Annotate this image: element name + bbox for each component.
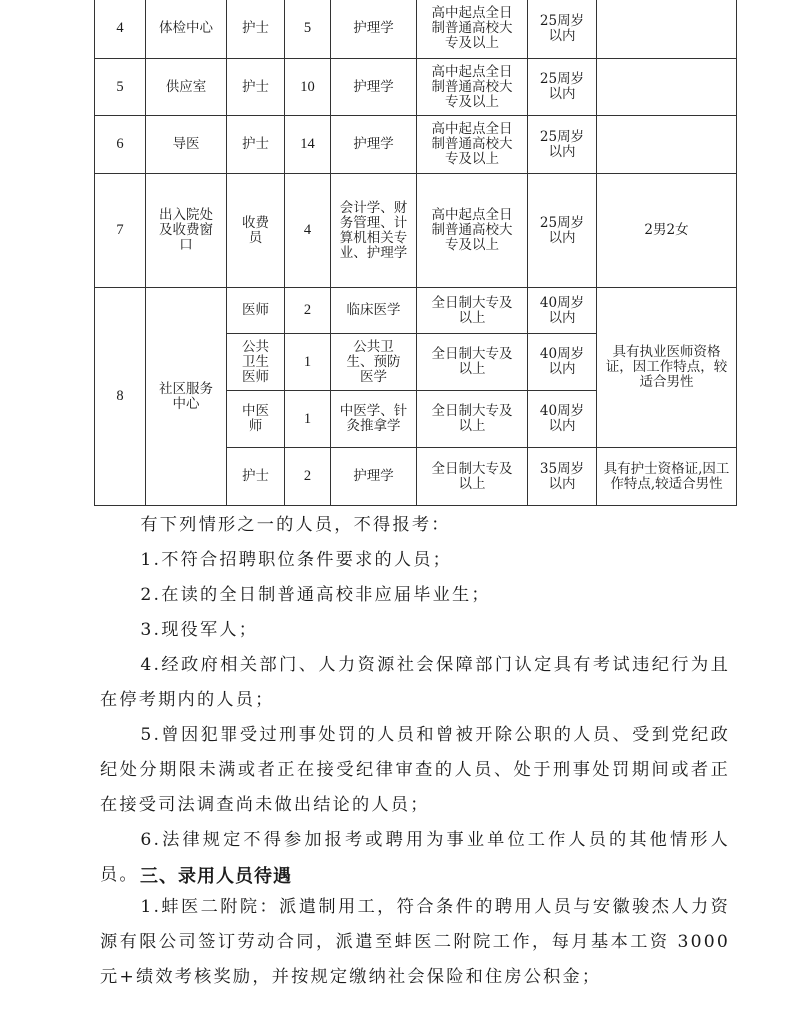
- row-number: 6: [95, 116, 146, 174]
- age-limit: 25周岁以内: [528, 0, 597, 59]
- benefits-section: 1.蚌医二附院：派遣制用工，符合条件的聘用人员与安徽骏杰人力资源有限公司签订劳动…: [100, 890, 730, 995]
- position: 收费员: [227, 174, 285, 288]
- section-heading: 三、录用人员待遇: [140, 862, 292, 888]
- table-row: 7 出入院处及收费窗口 收费员 4 会计学、财务管理、计算机相关专业、护理学 高…: [95, 174, 737, 288]
- table-row: 5 供应室 护士 10 护理学 高中起点全日制普通高校大专及以上 25周岁以内: [95, 59, 737, 116]
- table-row: 4 体检中心 护士 5 护理学 高中起点全日制普通高校大专及以上 25周岁以内: [95, 0, 737, 59]
- remark: [597, 59, 737, 116]
- major: 会计学、财务管理、计算机相关专业、护理学: [331, 174, 417, 288]
- major: 中医学、针灸推拿学: [331, 391, 417, 448]
- position: 公共卫生医师: [227, 334, 285, 391]
- major: 护理学: [331, 116, 417, 174]
- education: 高中起点全日制普通高校大专及以上: [417, 174, 528, 288]
- row-number: 8: [95, 288, 146, 506]
- department: 社区服务中心: [146, 288, 227, 506]
- department: 出入院处及收费窗口: [146, 174, 227, 288]
- department: 供应室: [146, 59, 227, 116]
- table-row: 8 社区服务中心 医师 2 临床医学 全日制大专及以上 40周岁以内 具有执业医…: [95, 288, 737, 334]
- remark: [597, 116, 737, 174]
- remark: 具有护士资格证,因工作特点,较适合男性: [597, 448, 737, 506]
- education: 高中起点全日制普通高校大专及以上: [417, 116, 528, 174]
- position: 护士: [227, 0, 285, 59]
- position: 中医师: [227, 391, 285, 448]
- major: 护理学: [331, 59, 417, 116]
- headcount: 1: [285, 334, 331, 391]
- department: 体检中心: [146, 0, 227, 59]
- restriction-item: 2.在读的全日制普通高校非应届毕业生；: [100, 578, 730, 613]
- headcount: 5: [285, 0, 331, 59]
- recruitment-table: 4 体检中心 护士 5 护理学 高中起点全日制普通高校大专及以上 25周岁以内 …: [94, 0, 737, 506]
- age-limit: 40周岁以内: [528, 391, 597, 448]
- remark: 2男2女: [597, 174, 737, 288]
- education: 高中起点全日制普通高校大专及以上: [417, 0, 528, 59]
- headcount: 4: [285, 174, 331, 288]
- age-limit: 25周岁以内: [528, 174, 597, 288]
- education: 全日制大专及以上: [417, 334, 528, 391]
- major: 护理学: [331, 0, 417, 59]
- education: 全日制大专及以上: [417, 391, 528, 448]
- remark: [597, 0, 737, 59]
- department: 导医: [146, 116, 227, 174]
- age-limit: 40周岁以内: [528, 334, 597, 391]
- position: 医师: [227, 288, 285, 334]
- major: 临床医学: [331, 288, 417, 334]
- row-number: 7: [95, 174, 146, 288]
- restriction-item: 1.不符合招聘职位条件要求的人员；: [100, 543, 730, 578]
- position: 护士: [227, 116, 285, 174]
- remark: 具有执业医师资格证，因工作特点，较适合男性: [597, 288, 737, 448]
- age-limit: 25周岁以内: [528, 116, 597, 174]
- age-limit: 40周岁以内: [528, 288, 597, 334]
- restriction-item: 4.经政府相关部门、人力资源社会保障部门认定具有考试违纪行为且在停考期内的人员；: [100, 648, 730, 718]
- major: 护理学: [331, 448, 417, 506]
- headcount: 1: [285, 391, 331, 448]
- restriction-item: 3.现役军人；: [100, 613, 730, 648]
- age-limit: 25周岁以内: [528, 59, 597, 116]
- restriction-item: 5.曾因犯罪受过刑事处罚的人员和曾被开除公职的人员、受到党纪政纪处分期限未满或者…: [100, 718, 730, 823]
- headcount: 10: [285, 59, 331, 116]
- headcount: 2: [285, 288, 331, 334]
- major: 公共卫生、预防医学: [331, 334, 417, 391]
- position: 护士: [227, 448, 285, 506]
- row-number: 5: [95, 59, 146, 116]
- headcount: 2: [285, 448, 331, 506]
- table-row: 6 导医 护士 14 护理学 高中起点全日制普通高校大专及以上 25周岁以内: [95, 116, 737, 174]
- age-limit: 35周岁以内: [528, 448, 597, 506]
- restrictions-section: 有下列情形之一的人员，不得报考： 1.不符合招聘职位条件要求的人员； 2.在读的…: [100, 508, 730, 893]
- row-number: 4: [95, 0, 146, 59]
- education: 全日制大专及以上: [417, 448, 528, 506]
- headcount: 14: [285, 116, 331, 174]
- education: 高中起点全日制普通高校大专及以上: [417, 59, 528, 116]
- restrictions-intro: 有下列情形之一的人员，不得报考：: [100, 508, 730, 543]
- benefit-item: 1.蚌医二附院：派遣制用工，符合条件的聘用人员与安徽骏杰人力资源有限公司签订劳动…: [100, 890, 730, 995]
- education: 全日制大专及以上: [417, 288, 528, 334]
- position: 护士: [227, 59, 285, 116]
